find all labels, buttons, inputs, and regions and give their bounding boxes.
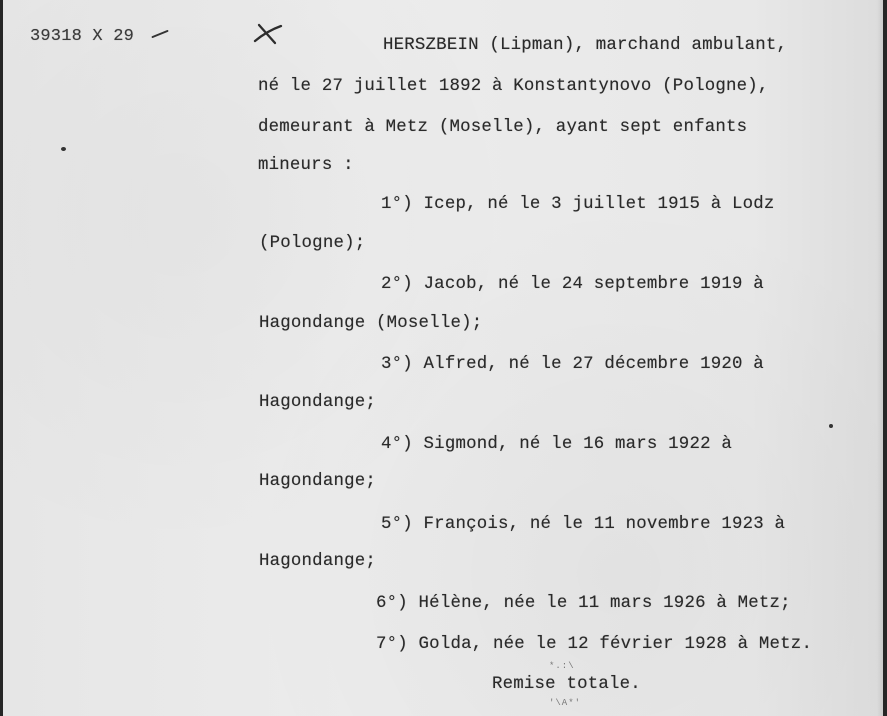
child-entry-7: 7°) Golda, née le 12 février 1928 à Metz…	[376, 636, 812, 653]
ink-speck	[61, 147, 66, 151]
stamp-fragment-top: *.:\	[549, 661, 575, 671]
child-entry-5: 5°) François, né le 11 novembre 1923 à	[381, 516, 785, 533]
child-entry-3: 3°) Alfred, né le 27 décembre 1920 à	[381, 356, 764, 373]
text-line-minors: mineurs :	[258, 157, 354, 174]
child-entry-6: 6°) Hélène, née le 11 mars 1926 à Metz;	[376, 595, 791, 612]
page-edge-shadow	[877, 0, 883, 716]
child-entry-4: 4°) Sigmond, né le 16 mars 1922 à	[381, 436, 732, 453]
text-line-name: HERSZBEIN (Lipman), marchand ambulant,	[383, 37, 787, 54]
child-entry-2: 2°) Jacob, né le 24 septembre 1919 à	[381, 276, 764, 293]
stamp-fragment-bottom: '\A*'	[549, 698, 581, 708]
ink-speck	[829, 424, 833, 428]
child-entry-1: 1°) Icep, né le 3 juillet 1915 à Lodz	[381, 196, 775, 213]
handwritten-x-mark	[253, 22, 283, 46]
child-entry-1-cont: (Pologne);	[259, 235, 365, 252]
child-entry-2-cont: Hagondange (Moselle);	[259, 315, 482, 332]
child-entry-3-cont: Hagondange;	[259, 394, 376, 411]
closing-remark: Remise totale.	[492, 676, 641, 693]
child-entry-5-cont: Hagondange;	[259, 553, 376, 570]
document-page: 39318 X 29 HERSZBEIN (Lipman), marchand …	[3, 0, 883, 716]
pen-dash-mark	[151, 30, 168, 39]
text-line-residence: demeurant à Metz (Moselle), ayant sept e…	[258, 119, 747, 136]
text-line-birth: né le 27 juillet 1892 à Konstantynovo (P…	[258, 78, 769, 95]
reference-number: 39318 X 29	[30, 28, 134, 45]
child-entry-4-cont: Hagondange;	[259, 473, 376, 490]
